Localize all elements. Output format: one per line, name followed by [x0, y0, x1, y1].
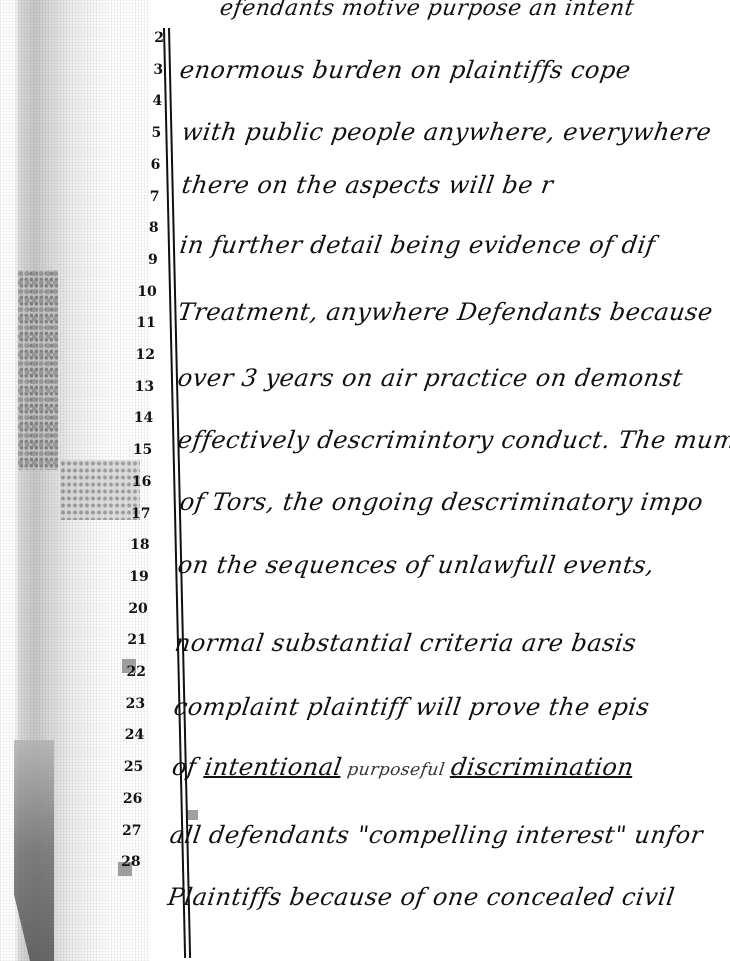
- line-number: 6: [134, 157, 160, 173]
- line-number: 20: [122, 601, 148, 617]
- scan-noise: [18, 270, 58, 470]
- line-number: 28: [115, 854, 141, 870]
- line-text: of: [170, 753, 206, 781]
- line-number: 13: [128, 379, 154, 395]
- handwritten-line: effectively descrimintory conduct. The m…: [176, 425, 730, 455]
- line-number: 14: [127, 410, 153, 426]
- scan-spot: [186, 810, 198, 820]
- line-number: 19: [123, 569, 149, 585]
- handwritten-line: over 3 years on air practice on demonst: [176, 363, 685, 393]
- line-number: 25: [117, 759, 143, 775]
- handwritten-line: with public people anywhere, everywhere: [180, 117, 713, 147]
- handwritten-line: on the sequences of unlawfull events,: [176, 550, 657, 580]
- line-number: 7: [134, 189, 160, 205]
- handwritten-line: all defendants "compelling interest" unf…: [168, 820, 705, 850]
- line-number: 27: [116, 823, 142, 839]
- line-number: 8: [133, 220, 159, 236]
- line-number: 21: [121, 632, 147, 648]
- line-number: 2: [138, 30, 164, 46]
- handwritten-line: there on the aspects will be r: [180, 170, 555, 200]
- line-number: 26: [116, 791, 142, 807]
- line-number: 16: [125, 474, 151, 490]
- line-number: 3: [137, 62, 163, 78]
- line-number: 15: [126, 442, 152, 458]
- handwritten-line: Treatment, anywhere Defendants because: [176, 297, 715, 327]
- line-text: purposeful: [340, 760, 452, 780]
- scan-shadow: [14, 740, 54, 961]
- handwritten-line: of Tors, the ongoing descriminatory impo: [178, 487, 705, 517]
- handwritten-line: normal substantial criteria are basis: [173, 628, 638, 658]
- line-number: 17: [125, 506, 151, 522]
- line-number: 11: [130, 315, 156, 331]
- line-number: 9: [132, 252, 158, 268]
- handwritten-line: enormous burden on plaintiffs cope: [178, 55, 633, 85]
- line-number: 23: [119, 696, 145, 712]
- handwritten-line: in further detail being evidence of dif: [178, 230, 658, 260]
- handwritten-line: Plaintiffs because of one concealed civi…: [166, 882, 677, 912]
- handwritten-line: of intentional purposeful discrimination: [170, 752, 636, 785]
- line-number: 18: [124, 537, 150, 553]
- underlined-word: intentional: [203, 753, 344, 781]
- line-number: 5: [135, 125, 161, 141]
- handwritten-line: efendants motive purpose an intent: [218, 0, 636, 24]
- line-number: 4: [136, 93, 162, 109]
- line-number: 24: [118, 727, 144, 743]
- line-number: 10: [131, 284, 157, 300]
- handwritten-line: complaint plaintiff will prove the epis: [172, 692, 652, 722]
- line-number: 12: [129, 347, 155, 363]
- underlined-word: discrimination: [449, 753, 635, 781]
- line-number: 22: [120, 664, 146, 680]
